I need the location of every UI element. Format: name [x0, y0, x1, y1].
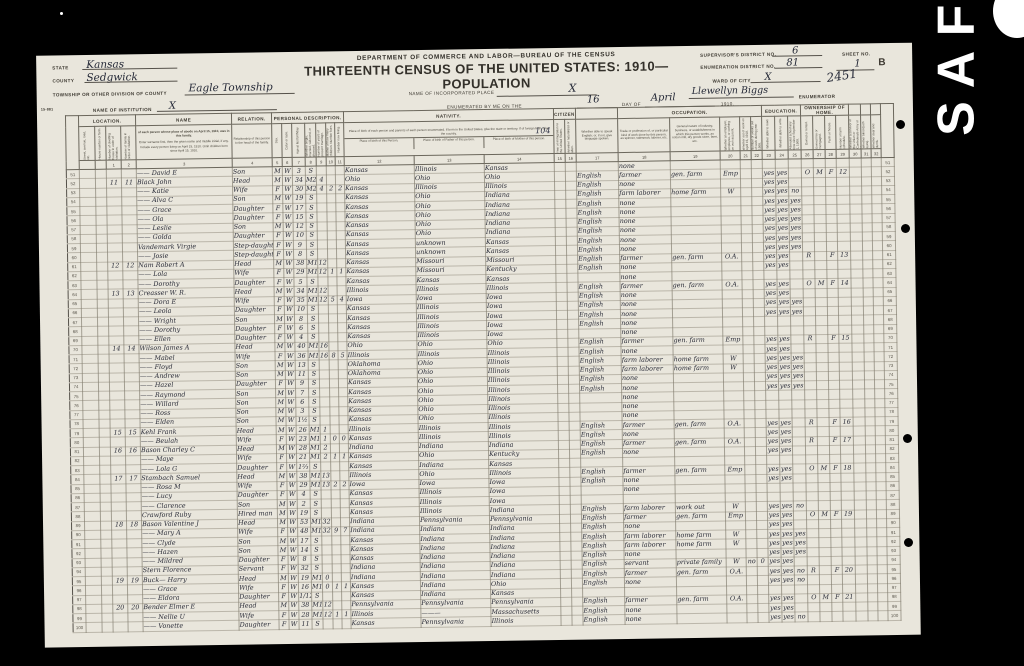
- cell-children-born: [328, 249, 337, 258]
- cell-farm-no: [842, 519, 855, 528]
- cell-children-born: [333, 600, 342, 609]
- cell-farm-no: [839, 352, 852, 361]
- cell-immigration: [554, 172, 565, 181]
- cell-read: yes: [768, 520, 781, 529]
- cell-line-number-right: 74: [884, 370, 897, 379]
- cell-street: [80, 188, 96, 197]
- cell-farm-house: F: [831, 510, 842, 519]
- cell-family: [127, 539, 142, 548]
- cell-children-born: [329, 360, 338, 369]
- cell-naturalized: [566, 227, 577, 236]
- cell-out-of-work: [742, 261, 753, 270]
- cell-farm-no: [837, 232, 850, 241]
- cell-children-living: [339, 425, 348, 434]
- cell-color: W: [284, 314, 294, 323]
- cell-dwelling: [113, 622, 128, 631]
- cell-blind: [862, 213, 872, 222]
- cell-write: [780, 455, 793, 464]
- cell-family: [124, 381, 139, 390]
- cell-employer: O.A.: [724, 419, 744, 429]
- cell-children-living: [339, 388, 348, 397]
- cell-weeks-out: [755, 428, 766, 437]
- cell-marital: S: [306, 240, 317, 249]
- cell-sex: F: [275, 352, 285, 361]
- enumerator-label: ENUMERATOR: [799, 94, 836, 100]
- cell-children-born: [330, 406, 339, 415]
- cell-house: [100, 511, 111, 520]
- cell-out-of-work: [745, 474, 756, 483]
- col-pob-father: Place of birth of Father of this person.: [413, 137, 483, 149]
- cell-veteran: [853, 380, 865, 389]
- cell-dwelling: 19: [112, 576, 127, 585]
- cell-children-born: [332, 573, 341, 582]
- cell-dwelling: [108, 317, 123, 326]
- cell-naturalized: [569, 421, 580, 430]
- cell-out-of-work: [744, 400, 755, 409]
- cell-write: [779, 400, 792, 409]
- cell-mortgaged: [818, 445, 830, 454]
- cell-write: yes: [781, 520, 794, 529]
- cell-deaf: [878, 611, 888, 620]
- cell-farm-no: 15: [839, 334, 852, 343]
- col-family: Number of family in order of visitation.: [121, 126, 137, 160]
- col-nativity: Place of birth of each person and parent…: [344, 120, 555, 157]
- cell-blind: [865, 417, 875, 426]
- cell-children-living: [341, 536, 350, 545]
- col-farm-house: Farm or house.: [825, 115, 837, 149]
- cell-dwelling: [111, 502, 126, 511]
- cell-farm-house: [826, 223, 837, 232]
- cell-children-living: [339, 443, 348, 452]
- cell-street: [84, 456, 100, 465]
- col-name: of each person whose place of abode on A…: [136, 124, 232, 159]
- cell-blind: [863, 278, 873, 287]
- cell-veteran: [855, 537, 867, 546]
- cell-house: [99, 391, 110, 400]
- cell-marital: M1: [312, 610, 323, 619]
- cell-line-number-left: 67: [68, 318, 81, 327]
- cell-blind: [864, 371, 874, 380]
- cell-years-married: [318, 249, 328, 258]
- cell-age: 11: [299, 619, 312, 628]
- cell-blind: [863, 269, 873, 278]
- cell-farm-no: [841, 454, 854, 463]
- cell-dwelling: [111, 493, 126, 502]
- cell-children-living: 0: [339, 434, 348, 443]
- cell-marital: M1: [310, 481, 321, 490]
- cell-veteran: [851, 260, 863, 269]
- cell-years-married: [322, 536, 332, 545]
- cell-out-of-work: [747, 604, 758, 613]
- cell-write: yes: [777, 261, 790, 270]
- cell-sex: F: [279, 611, 289, 620]
- cell-marital: S: [311, 564, 322, 573]
- cell-weeks-out: [757, 566, 768, 575]
- cell-veteran: [851, 306, 863, 315]
- cell-children-born: [330, 443, 339, 452]
- col-pob: Place of birth of this Person.: [344, 138, 413, 150]
- column-number: 22: [751, 150, 762, 159]
- cell-years-married: 4: [316, 175, 326, 184]
- cell-immigration: [560, 551, 571, 560]
- cell-owned: [803, 260, 815, 269]
- cell-age: 28: [296, 444, 309, 453]
- cell-out-of-work: [747, 594, 758, 603]
- cell-out-of-work: [743, 345, 754, 354]
- cell-color: W: [284, 305, 294, 314]
- cell-out-of-work: [742, 298, 753, 307]
- cell-immigration: [555, 227, 566, 236]
- cell-years-married: 0: [322, 573, 332, 582]
- cell-read: yes: [763, 224, 776, 233]
- cell-children-living: [340, 489, 349, 498]
- col-mortgaged: Owned free or mortgaged.: [813, 116, 826, 150]
- cell-years-married: [317, 194, 327, 203]
- cell-marital: S: [307, 314, 318, 323]
- cell-owned: [804, 325, 816, 334]
- cell-line-number-left: 99: [73, 614, 86, 623]
- cell-house: [96, 243, 107, 252]
- cell-farm-no: [836, 158, 849, 167]
- cell-blind: [865, 398, 875, 407]
- cell-children-living: [339, 415, 348, 424]
- cell-age: 9: [293, 240, 306, 249]
- cell-mortgaged: [814, 214, 826, 223]
- cell-sex: M: [272, 176, 282, 185]
- cell-children-born: [327, 231, 336, 240]
- cell-color: W: [285, 370, 295, 379]
- cell-color: W: [283, 213, 293, 222]
- cell-weeks-out: [753, 298, 764, 307]
- cell-blind: [867, 519, 877, 528]
- cell-years-married: [322, 554, 332, 563]
- cell-sex: M: [274, 259, 284, 268]
- cell-deaf: [876, 444, 886, 453]
- cell-naturalized: [571, 523, 582, 532]
- cell-color: W: [283, 222, 293, 231]
- cell-out-of-work: [744, 419, 755, 428]
- cell-naturalized: [566, 218, 577, 227]
- cell-house: [96, 197, 107, 206]
- cell-marital: S: [310, 499, 321, 508]
- cell-weeks-out: [753, 307, 764, 316]
- cell-street: [80, 234, 96, 243]
- cell-immigration: [561, 606, 572, 615]
- cell-years-married: 13: [321, 471, 331, 480]
- cell-house: [97, 252, 108, 261]
- cell-children-living: [341, 563, 350, 572]
- cell-line-number-left: 56: [67, 216, 80, 225]
- cell-line-number-left: 61: [68, 262, 81, 271]
- cell-dwelling: [111, 511, 126, 520]
- cell-out-of-work: [746, 520, 757, 529]
- cell-family: [123, 252, 138, 261]
- cell-out-of-work: [747, 613, 758, 622]
- cell-out-of-work: [740, 169, 751, 178]
- cell-employer: [725, 456, 745, 466]
- cell-naturalized: [567, 245, 578, 254]
- cell-read: [765, 316, 778, 325]
- cell-farm-house: [830, 445, 841, 454]
- cell-school: yes: [791, 362, 804, 371]
- cell-farm-house: [830, 501, 841, 510]
- cell-deaf: [874, 343, 884, 352]
- cell-weeks-out: [755, 381, 766, 390]
- cell-marital: S: [312, 619, 323, 628]
- cell-read: [767, 455, 780, 464]
- cell-house: [97, 262, 108, 271]
- cell-weeks-out: [752, 187, 763, 196]
- cell-weeks-out: [751, 169, 762, 178]
- col-out-of-work: Whether out of work on April 15, 1910.: [740, 117, 752, 151]
- cell-weeks-out: [756, 511, 767, 520]
- cell-age: 13: [295, 360, 308, 369]
- cell-age: 36: [295, 351, 308, 360]
- cell-line-number-right: 91: [887, 527, 900, 536]
- cell-write: yes: [781, 548, 794, 557]
- cell-dwelling: [111, 456, 126, 465]
- cell-mortgaged: [816, 334, 828, 343]
- cell-farm-house: F: [831, 565, 842, 574]
- sheet-suffix: B: [878, 57, 886, 68]
- cell-family: 16: [125, 446, 140, 455]
- cell-naturalized: [571, 514, 582, 523]
- cell-owned: R: [805, 418, 817, 427]
- cell-farm-no: 18: [841, 463, 854, 472]
- cell-color: W: [288, 583, 298, 592]
- column-number: 2: [121, 160, 136, 169]
- cell-read: yes: [764, 298, 777, 307]
- cell-write: yes: [777, 307, 790, 316]
- cell-line-number-right: 87: [886, 490, 899, 499]
- cell-veteran: [853, 398, 865, 407]
- cell-line-number-right: 60: [883, 241, 896, 250]
- cell-employer: [726, 548, 746, 558]
- cell-weeks-out: [754, 344, 765, 353]
- cell-age: 11: [295, 370, 308, 379]
- cell-street: [85, 530, 101, 539]
- cell-line-number-left: 84: [71, 475, 84, 484]
- cell-sex: F: [278, 527, 288, 536]
- cell-deaf: [876, 472, 886, 481]
- cell-employer: [723, 317, 743, 327]
- cell-age: 21: [297, 453, 310, 462]
- cell-farm-house: [832, 602, 843, 611]
- cell-deaf: [875, 435, 885, 444]
- cell-color: W: [289, 592, 299, 601]
- cell-sex: M: [278, 546, 288, 555]
- cell-sex: M: [276, 407, 286, 416]
- cell-deaf: [877, 509, 887, 518]
- cell-age: 1⅔: [297, 462, 310, 471]
- cell-street: [85, 567, 101, 576]
- cell-years-married: 12: [318, 286, 328, 295]
- cell-farm-house: [828, 343, 839, 352]
- cell-farm-no: 14: [838, 278, 851, 287]
- cell-employer: O.A.: [724, 437, 744, 447]
- cell-weeks-out: [758, 613, 769, 622]
- cell-deaf: [872, 204, 882, 213]
- cell-age: 1/12: [299, 592, 312, 601]
- cell-farm-house: [829, 380, 840, 389]
- cell-dwelling: [107, 243, 122, 252]
- cell-age: 19: [293, 194, 306, 203]
- cell-out-of-work: [741, 224, 752, 233]
- group-education: EDUCATION.: [761, 105, 800, 117]
- cell-write: yes: [778, 372, 791, 381]
- cell-write: yes: [776, 224, 789, 233]
- cell-immigration: [559, 477, 570, 486]
- cell-children-born: [329, 369, 338, 378]
- cell-farm-house: [827, 297, 838, 306]
- institution-label: NAME OF INSTITUTION: [93, 107, 152, 113]
- cell-school: no: [794, 575, 807, 584]
- cell-age: 38: [299, 601, 312, 610]
- cell-color: W: [285, 379, 295, 388]
- cell-marital: S: [308, 370, 319, 379]
- cell-employer: [725, 474, 745, 484]
- cell-years-married: 12: [318, 258, 328, 267]
- cell-weeks-out: [757, 520, 768, 529]
- cell-immigration: [559, 468, 570, 477]
- cell-years-married: [320, 388, 330, 397]
- cell-family: [125, 418, 140, 427]
- cell-naturalized: [572, 588, 583, 597]
- cell-blind: [863, 250, 873, 259]
- cell-dwelling: 13: [108, 289, 123, 298]
- cell-weeks-out: [756, 502, 767, 511]
- cell-children-living: [340, 499, 349, 508]
- cell-line-number-right: 97: [888, 583, 901, 592]
- cell-line-number-right: 76: [885, 389, 898, 398]
- cell-street: [81, 271, 97, 280]
- cell-veteran: [852, 324, 864, 333]
- cell-farm-house: [831, 519, 842, 528]
- cell-write: yes: [780, 446, 793, 455]
- cell-trade: none: [625, 614, 677, 624]
- cell-farm-no: [837, 186, 850, 195]
- cell-street: [82, 373, 98, 382]
- cell-marital: M1: [309, 444, 320, 453]
- cell-veteran: [854, 454, 866, 463]
- column-number: [79, 160, 95, 169]
- cell-line-number-left: 74: [69, 382, 82, 391]
- cell-read: yes: [763, 215, 776, 224]
- cell-years-married: 0: [322, 582, 332, 591]
- cell-farm-house: [831, 547, 842, 556]
- cell-street: [84, 465, 100, 474]
- cell-write: yes: [780, 474, 793, 483]
- cell-color: W: [289, 601, 299, 610]
- census-title: THIRTEENTH CENSUS OF THE UNITED STATES: …: [271, 58, 701, 94]
- cell-children-living: 1: [341, 582, 350, 591]
- cell-dwelling: 16: [110, 446, 125, 455]
- cell-farm-no: [838, 288, 851, 297]
- cell-color: W: [286, 444, 296, 453]
- cell-weeks-out: [754, 372, 765, 381]
- cell-mortgaged: [814, 223, 826, 232]
- cell-immigration: [558, 403, 569, 412]
- cell-family: [122, 233, 137, 242]
- cell-street: [83, 391, 99, 400]
- cell-line-number-left: 87: [71, 503, 84, 512]
- column-number: 8: [305, 157, 316, 166]
- cell-mortgaged: [819, 528, 831, 537]
- cell-veteran: [853, 408, 865, 417]
- census-table: LOCATION. NAME RELATION. PERSONAL DESCRI…: [65, 103, 902, 633]
- cell-employer: O.A.: [722, 252, 742, 262]
- cell-immigration: [555, 181, 566, 190]
- cell-employer: [723, 345, 743, 355]
- cell-line-number-left: 79: [70, 429, 83, 438]
- cell-read: yes: [764, 242, 777, 251]
- cell-house: [98, 373, 109, 382]
- cell-out-of-work: [741, 206, 752, 215]
- title-block: DEPARTMENT OF COMMERCE AND LABOR—BUREAU …: [271, 50, 702, 94]
- cell-children-living: 4: [337, 295, 346, 304]
- cell-english: English: [583, 615, 625, 625]
- cell-immigration: [560, 523, 571, 532]
- cell-employer: [721, 225, 741, 235]
- cell-mortgaged: [813, 158, 825, 167]
- cell-veteran: [856, 593, 868, 602]
- cell-veteran: [854, 482, 866, 491]
- cell-weeks-out: 0: [757, 557, 768, 566]
- cell-deaf: [872, 176, 882, 185]
- cell-age: 3: [296, 407, 309, 416]
- cell-age: 15: [293, 212, 306, 221]
- cell-school: [790, 288, 803, 297]
- cell-naturalized: [570, 467, 581, 476]
- cell-line-number-right: 88: [886, 500, 899, 509]
- cell-out-of-work: [742, 280, 753, 289]
- cell-family: [127, 557, 142, 566]
- col-house: House number or farm.: [95, 126, 107, 160]
- cell-line-number-left: 70: [69, 345, 82, 354]
- cell-blind: [864, 343, 874, 352]
- cell-line-number-left: 66: [68, 308, 81, 317]
- cell-marital: M1: [309, 425, 320, 434]
- cell-employer: [724, 382, 744, 392]
- cell-age: 14: [298, 545, 311, 554]
- cell-read: [767, 483, 780, 492]
- cell-deaf: [878, 592, 888, 601]
- cell-deaf: [876, 463, 886, 472]
- cell-write: yes: [776, 205, 789, 214]
- cell-sex: F: [276, 435, 286, 444]
- cell-farm-house: [829, 427, 840, 436]
- cell-mortgaged: [818, 491, 830, 500]
- cell-family: [127, 585, 142, 594]
- cell-family: [126, 502, 141, 511]
- cell-write: yes: [777, 279, 790, 288]
- cell-mortgaged: [819, 519, 831, 528]
- cell-sex: M: [275, 361, 285, 370]
- cell-dwelling: 14: [109, 345, 124, 354]
- cell-street: [83, 410, 99, 419]
- cell-blind: [868, 583, 878, 592]
- cell-deaf: [875, 398, 885, 407]
- cell-house: [100, 493, 111, 502]
- cell-line-number-right: 72: [884, 352, 897, 361]
- cell-children-born: [327, 240, 336, 249]
- col-owned: Owned or rented.: [801, 116, 814, 150]
- cell-children-living: [341, 554, 350, 563]
- cell-school: [795, 603, 808, 612]
- cell-dwelling: [113, 613, 128, 622]
- cell-color: W: [285, 342, 295, 351]
- cell-house: [102, 604, 113, 613]
